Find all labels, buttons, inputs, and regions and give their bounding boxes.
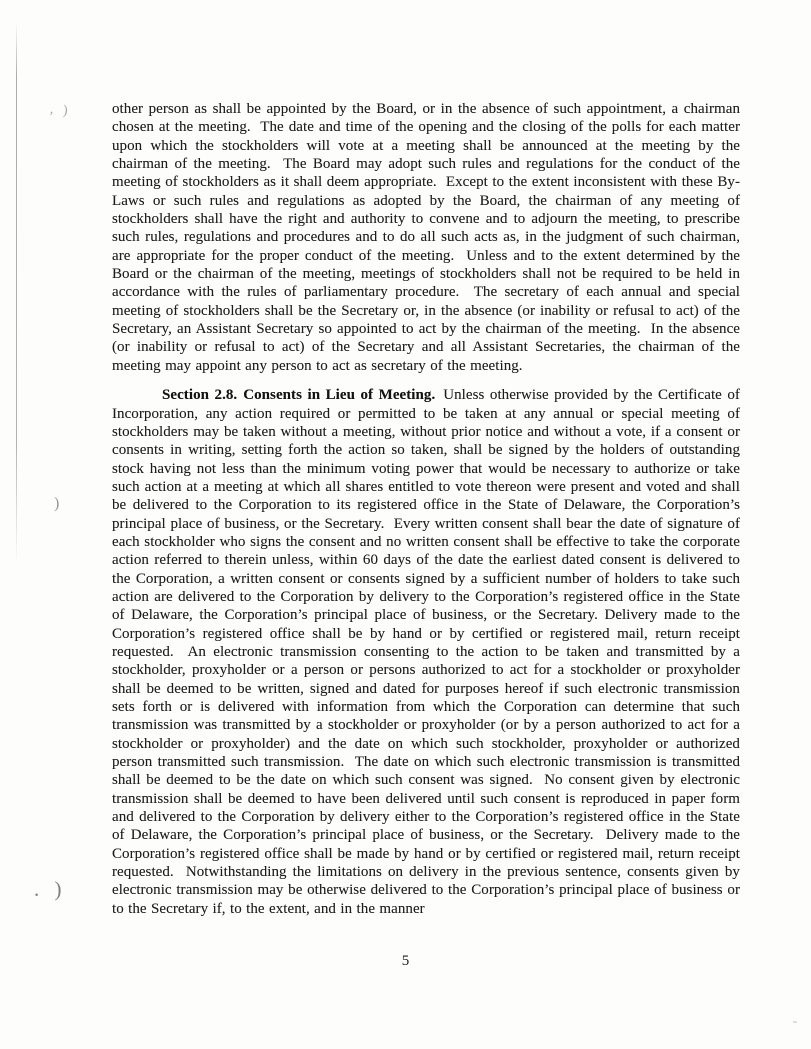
paragraph-section-2-8: Section 2.8.Consents in Lieu of Meeting.… [112, 386, 740, 918]
section-title-heading: Consents in Lieu of Meeting. [243, 387, 435, 403]
page-number: 5 [0, 953, 811, 970]
scanned-document-page: , ) ) . ) other person as shall be appoi… [0, 0, 811, 1049]
document-text-block: other person as shall be appointed by th… [112, 100, 740, 918]
paragraph-continuation: other person as shall be appointed by th… [112, 100, 740, 375]
section-body-text: Unless otherwise provided by the Certifi… [112, 387, 740, 917]
paragraph-continuation-text: other person as shall be appointed by th… [112, 101, 740, 374]
handwritten-margin-mark-top: , ) [49, 102, 71, 120]
handwritten-margin-mark-middle: ) [54, 495, 59, 513]
scan-artifact-vertical-line [16, 22, 17, 564]
section-number-heading: Section 2.8. [162, 387, 237, 403]
handwritten-margin-mark-bottom: . ) [34, 877, 67, 902]
scan-artifact-speck [793, 1021, 797, 1023]
